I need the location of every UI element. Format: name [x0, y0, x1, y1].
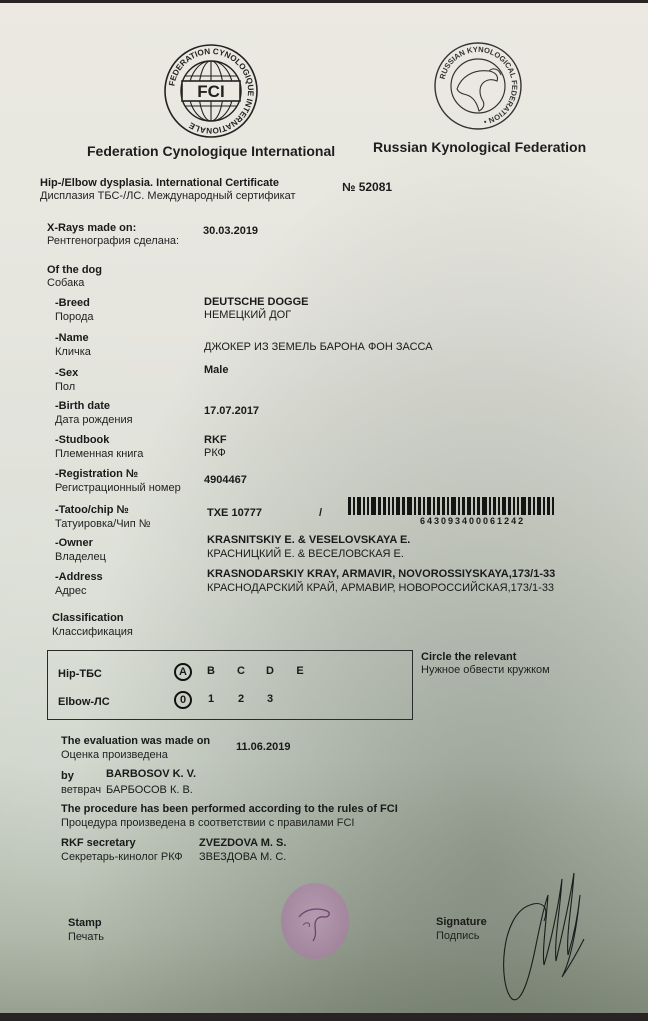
birth-date-value: 17.07.2017 [204, 405, 259, 418]
dog-section-en: Of the dog [47, 264, 102, 277]
circle-hint-en: Circle the relevant [421, 651, 516, 664]
grade-A: A [174, 663, 192, 681]
chip-label-ru: Татуировка/Чип № [55, 518, 151, 531]
studbook-label-en: -Studbook [55, 434, 109, 447]
grade-B: B [203, 663, 219, 679]
secretary-label-ru: Секретарь-кинолог РКФ [61, 851, 183, 864]
grade-0: 0 [174, 691, 192, 709]
hip-label: Hip-ТБС [58, 668, 102, 681]
fci-logo-icon: FEDERATION CYNOLOGIQUE INTERNATIONALE FC… [163, 43, 259, 139]
owner-label-en: -Owner [55, 537, 93, 550]
svg-text:FCI: FCI [197, 82, 224, 101]
evaluation-label-ru: Оценка произведена [61, 749, 168, 762]
secretary-name-ru: ЗВЕЗДОВА М. С. [199, 851, 286, 864]
sex-label-en: -Sex [55, 367, 78, 380]
address-label-ru: Адрес [55, 585, 87, 598]
dog-section-ru: Собака [47, 277, 84, 290]
name-value-ru: ДЖОКЕР ИЗ ЗЕМЕЛЬ БАРОНА ФОН ЗАССА [204, 341, 433, 354]
grade-1: 1 [203, 691, 219, 707]
birth-date-label-ru: Дата рождения [55, 414, 133, 427]
xrays-label-ru: Рентгенография сделана: [47, 235, 179, 248]
certificate-title-en: Hip-/Elbow dysplasia. International Cert… [40, 177, 279, 190]
grade-D: D [262, 663, 278, 679]
elbow-label: Elbow-ЛС [58, 696, 110, 709]
grade-2: 2 [233, 691, 249, 707]
studbook-value-ru: РКФ [204, 447, 226, 460]
sex-label-ru: Пол [55, 381, 75, 394]
address-value-en: KRASNODARSKIY KRAY, ARMAVIR, NOVOROSSIYS… [207, 568, 555, 581]
registration-label-ru: Регистрационный номер [55, 482, 181, 495]
owner-label-ru: Владелец [55, 551, 106, 564]
fci-name: Federation Cynologique International [87, 143, 335, 159]
by-label-ru: ветврач [61, 784, 101, 797]
owner-value-en: KRASNITSKIY E. & VESELOVSKAYA E. [207, 534, 410, 547]
studbook-label-ru: Племенная книга [55, 448, 143, 461]
xrays-date: 30.03.2019 [203, 225, 258, 238]
procedure-ru: Процедура произведена в соответствии с п… [61, 817, 354, 830]
xrays-label-en: X-Rays made on: [47, 222, 136, 235]
rkf-logo-icon: RUSSIAN KYNOLOGICAL FEDERATION • [433, 41, 523, 131]
breed-value-en: DEUTSCHE DOGGE [204, 296, 309, 309]
procedure-en: The procedure has been performed accordi… [61, 803, 398, 816]
vet-name-ru: БАРБОСОВ К. В. [106, 784, 193, 797]
certificate-title-ru: Дисплазия ТБС-/ЛС. Международный сертифи… [40, 190, 296, 203]
secretary-name-en: ZVEZDOVA M. S. [199, 837, 286, 850]
breed-value-ru: НЕМЕЦКИЙ ДОГ [204, 309, 291, 322]
owner-value-ru: КРАСНИЦКИЙ Е. & ВЕСЕЛОВСКАЯ Е. [207, 548, 404, 561]
stamp-label-ru: Печать [68, 931, 104, 944]
tattoo-value: TXE 10777 [207, 507, 262, 520]
classification-box: Hip-ТБС Elbow-ЛС ABCDE 0123 [47, 650, 413, 720]
stamp-dog-icon [281, 883, 349, 959]
circle-hint-ru: Нужное обвести кружком [421, 664, 550, 677]
name-label-ru: Кличка [55, 346, 91, 359]
classification-label-ru: Классификация [52, 626, 133, 639]
name-label-en: -Name [55, 332, 89, 345]
evaluation-date: 11.06.2019 [236, 741, 290, 754]
classification-label-en: Classification [52, 612, 124, 625]
rkf-stamp [281, 883, 349, 959]
registration-label-en: -Registration № [55, 468, 138, 481]
grade-E: E [292, 663, 308, 679]
grade-C: C [233, 663, 249, 679]
svg-text:RUSSIAN KYNOLOGICAL FEDERATION: RUSSIAN KYNOLOGICAL FEDERATION • [438, 45, 519, 127]
studbook-value-en: RKF [204, 434, 227, 447]
rkf-name: Russian Kynological Federation [373, 139, 586, 155]
by-label-en: by [61, 770, 74, 783]
chip-separator: / [319, 507, 322, 520]
grade-3: 3 [262, 691, 278, 707]
sex-value: Male [204, 364, 228, 377]
evaluation-label-en: The evaluation was made on [61, 735, 210, 748]
address-value-ru: КРАСНОДАРСКИЙ КРАЙ, АРМАВИР, НОВОРОССИЙС… [207, 582, 554, 595]
certificate-number: № 52081 [342, 181, 392, 194]
chip-barcode [348, 497, 616, 515]
signature-scribble [470, 865, 610, 1005]
vet-name-en: BARBOSOV K. V. [106, 768, 196, 781]
breed-label-en: -Breed [55, 297, 90, 310]
registration-value: 4904467 [204, 474, 247, 487]
chip-label-en: -Tatoo/chip № [55, 504, 129, 517]
breed-label-ru: Порода [55, 311, 94, 324]
address-label-en: -Address [55, 571, 103, 584]
birth-date-label-en: -Birth date [55, 400, 110, 413]
certificate-sheet: FEDERATION CYNOLOGIQUE INTERNATIONALE FC… [0, 3, 648, 1013]
stamp-label-en: Stamp [68, 917, 102, 930]
secretary-label-en: RKF secretary [61, 837, 136, 850]
chip-number: 643093400061242 [420, 516, 525, 526]
